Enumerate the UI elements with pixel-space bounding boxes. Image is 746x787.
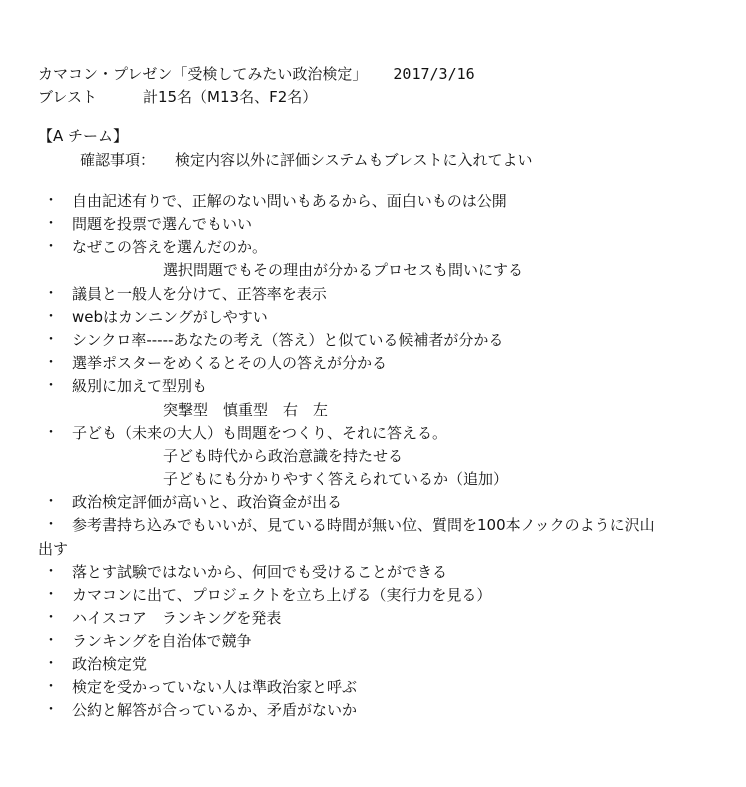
document-title: カマコン・プレゼン「受検してみたい政治検定」 [38, 65, 367, 83]
list-item-subtext: 子どもにも分かりやすく答えられているか（追加） [163, 469, 508, 489]
session-type: ブレスト [38, 88, 97, 106]
list-item-text: 選挙ポスターをめくるとその人の答えが分かる [72, 353, 387, 373]
bullet-icon: ・ [44, 423, 54, 443]
list-item-subtext: 選択問題でもその理由が分かるプロセスも問いにする [163, 260, 523, 280]
list-item-text: 子ども（未来の大人）も問題をつくり、それに答える。 [72, 423, 447, 443]
list-item-subtext: 突撃型 慎重型 右 左 [163, 400, 328, 420]
confirm-label: 確認事項： [80, 151, 155, 169]
attendance-line: ブレスト計15名（M13名、F2名） [38, 87, 317, 107]
list-item-text: 級別に加えて型別も [72, 376, 207, 396]
confirm-line: 確認事項：検定内容以外に評価システムもブレストに入れてよい [80, 150, 532, 170]
list-item-wrap-text: 出す [38, 539, 68, 559]
list-item-text: 公約と解答が合っているか、矛盾がないか [72, 700, 357, 720]
list-item-text: 政治検定評価が高いと、政治資金が出る [72, 492, 342, 512]
team-heading: 【A チーム】 [38, 126, 128, 146]
bullet-icon: ・ [44, 237, 54, 257]
list-item-text: なぜこの答えを選んだのか。 [72, 237, 267, 257]
list-item-text: 参考書持ち込みでもいいが、見ている時間が無い位、質問を100本ノックのように沢山 [72, 515, 655, 535]
bullet-icon: ・ [44, 307, 54, 327]
bullet-icon: ・ [44, 631, 54, 651]
confirm-text: 検定内容以外に評価システムもブレストに入れてよい [175, 151, 532, 169]
list-item-text: 問題を投票で選んでもいい [72, 214, 252, 234]
bullet-icon: ・ [44, 191, 54, 211]
document-date: 2017/3/16 [393, 65, 474, 83]
list-item-text: ランキングを自治体で競争 [72, 631, 252, 651]
list-item-text: カマコンに出て、プロジェクトを立ち上げる（実行力を見る） [72, 585, 491, 605]
list-item-subtext: 子ども時代から政治意識を持たせる [163, 446, 403, 466]
bullet-icon: ・ [44, 492, 54, 512]
list-item-text: 検定を受かっていない人は準政治家と呼ぶ [72, 677, 357, 697]
list-item-text: 自由記述有りで、正解のない問いもあるから、面白いものは公開 [72, 191, 507, 211]
bullet-icon: ・ [44, 608, 54, 628]
list-item-text: 議員と一般人を分けて、正答率を表示 [72, 284, 327, 304]
list-item-text: シンクロ率-----あなたの考え（答え）と似ている候補者が分かる [72, 330, 503, 350]
attendance-count: 計15名（M13名、F2名） [143, 88, 317, 106]
bullet-icon: ・ [44, 284, 54, 304]
bullet-icon: ・ [44, 700, 54, 720]
list-item-text: 落とす試験ではないから、何回でも受けることができる [72, 562, 447, 582]
bullet-icon: ・ [44, 330, 54, 350]
bullet-icon: ・ [44, 515, 54, 535]
bullet-icon: ・ [44, 677, 54, 697]
list-item-text: 政治検定党 [72, 654, 147, 674]
document-title-line: カマコン・プレゼン「受検してみたい政治検定」2017/3/16 [38, 64, 475, 84]
bullet-icon: ・ [44, 214, 54, 234]
bullet-icon: ・ [44, 585, 54, 605]
bullet-icon: ・ [44, 376, 54, 396]
bullet-icon: ・ [44, 562, 54, 582]
list-item-text: ハイスコア ランキングを発表 [72, 608, 281, 628]
bullet-icon: ・ [44, 654, 54, 674]
list-item-text: webはカンニングがしやすい [72, 307, 268, 327]
bullet-icon: ・ [44, 353, 54, 373]
